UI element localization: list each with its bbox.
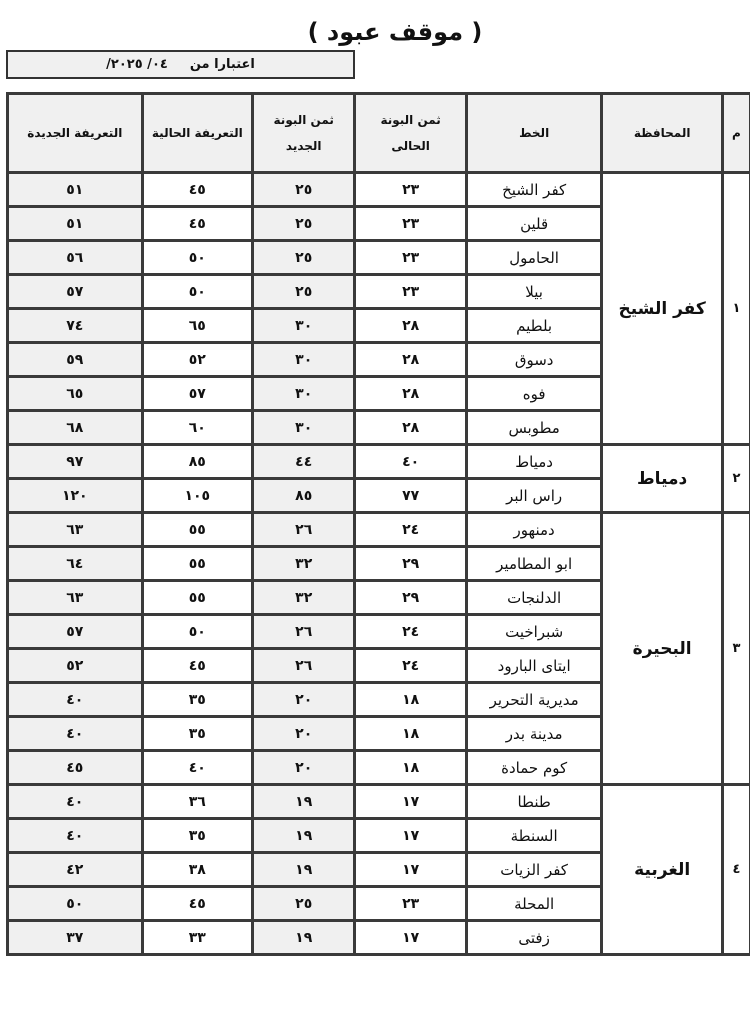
coupon-current-cell: ١٨ (355, 683, 466, 717)
header-coupon-current-line1: ثمن البونة (356, 107, 464, 133)
header-coupon-current-line2: الحالى (356, 133, 464, 159)
coupon-new-cell: ٢٠ (253, 717, 355, 751)
tariff-new-cell: ٥١ (8, 207, 143, 241)
coupon-current-cell: ١٧ (355, 785, 466, 819)
coupon-current-cell: ١٧ (355, 819, 466, 853)
governorate-cell: كفر الشيخ (602, 173, 722, 445)
page-title: ( موقف عبود ) (0, 18, 750, 46)
tariff-new-cell: ٩٧ (8, 445, 143, 479)
line-cell: الحامول (466, 241, 602, 275)
tariff-current-cell: ٤٠ (142, 751, 252, 785)
line-cell: كفر الزيات (466, 853, 602, 887)
table-row: ٣البحيرةدمنهور٢٤٢٦٥٥٦٣ (8, 513, 750, 547)
tariff-new-cell: ٥٦ (8, 241, 143, 275)
tariff-current-cell: ٤٥ (142, 207, 252, 241)
table-header-row: م المحافظة الخط ثمن البونةالحالى ثمن الب… (8, 94, 750, 173)
row-number: ٢ (722, 445, 750, 513)
tariff-current-cell: ٨٥ (142, 445, 252, 479)
header-coupon-new: ثمن البونةالجديد (253, 94, 355, 173)
line-cell: ابو المطامير (466, 547, 602, 581)
tariff-current-cell: ٣٥ (142, 717, 252, 751)
row-number: ١ (722, 173, 750, 445)
line-cell: المحلة (466, 887, 602, 921)
coupon-new-cell: ٢٠ (253, 683, 355, 717)
tariff-new-cell: ٤٠ (8, 717, 143, 751)
coupon-new-cell: ٣٢ (253, 581, 355, 615)
coupon-new-cell: ٣٠ (253, 343, 355, 377)
coupon-new-cell: ٢٥ (253, 241, 355, 275)
line-cell: دمياط (466, 445, 602, 479)
coupon-new-cell: ٢٥ (253, 207, 355, 241)
tariff-current-cell: ٣٣ (142, 921, 252, 955)
line-cell: بيلا (466, 275, 602, 309)
coupon-new-cell: ٨٥ (253, 479, 355, 513)
table-row: ٢دمياطدمياط٤٠٤٤٨٥٩٧ (8, 445, 750, 479)
tariff-new-cell: ٥١ (8, 173, 143, 207)
tariff-current-cell: ٣٥ (142, 819, 252, 853)
coupon-new-cell: ١٩ (253, 819, 355, 853)
coupon-current-cell: ٢٣ (355, 887, 466, 921)
tariff-current-cell: ٦٥ (142, 309, 252, 343)
coupon-new-cell: ٣٠ (253, 411, 355, 445)
coupon-current-cell: ٢٨ (355, 411, 466, 445)
tariff-current-cell: ٥٥ (142, 581, 252, 615)
tariff-new-cell: ٤٠ (8, 819, 143, 853)
line-cell: ايتاى البارود (466, 649, 602, 683)
coupon-current-cell: ١٨ (355, 717, 466, 751)
tariff-current-cell: ٥٥ (142, 513, 252, 547)
header-governorate: المحافظة (602, 94, 722, 173)
line-cell: السنطة (466, 819, 602, 853)
line-cell: دمنهور (466, 513, 602, 547)
coupon-current-cell: ٢٨ (355, 309, 466, 343)
coupon-new-cell: ١٩ (253, 853, 355, 887)
table-row: ١كفر الشيخكفر الشيخ٢٣٢٥٤٥٥١ (8, 173, 750, 207)
tariff-new-cell: ٦٣ (8, 513, 143, 547)
coupon-new-cell: ٢٦ (253, 513, 355, 547)
governorate-cell: الغربية (602, 785, 722, 955)
coupon-current-cell: ٢٣ (355, 241, 466, 275)
line-cell: مديرية التحرير (466, 683, 602, 717)
header-line: الخط (466, 94, 602, 173)
header-coupon-new-line1: ثمن البونة (254, 107, 353, 133)
row-number: ٣ (722, 513, 750, 785)
tariff-table: م المحافظة الخط ثمن البونةالحالى ثمن الب… (6, 92, 750, 956)
tariff-new-cell: ٦٣ (8, 581, 143, 615)
line-cell: زفتى (466, 921, 602, 955)
effective-date-label: اعتبارا من (190, 57, 255, 72)
tariff-current-cell: ٤٥ (142, 649, 252, 683)
table-body: ١كفر الشيخكفر الشيخ٢٣٢٥٤٥٥١قلين٢٣٢٥٤٥٥١ا… (8, 173, 750, 955)
coupon-new-cell: ١٩ (253, 921, 355, 955)
header-tariff-new: التعريفة الجديدة (8, 94, 143, 173)
tariff-new-cell: ٤٥ (8, 751, 143, 785)
coupon-current-cell: ٢٤ (355, 649, 466, 683)
page-title-text: ( موقف عبود ) (308, 18, 483, 46)
coupon-current-cell: ٢٨ (355, 377, 466, 411)
header-tariff-current: التعريفة الحالية (142, 94, 252, 173)
tariff-new-cell: ٥٩ (8, 343, 143, 377)
header-coupon-new-line2: الجديد (254, 133, 353, 159)
tariff-new-cell: ٣٧ (8, 921, 143, 955)
tariff-current-cell: ١٠٥ (142, 479, 252, 513)
tariff-new-cell: ٧٤ (8, 309, 143, 343)
line-cell: طنطا (466, 785, 602, 819)
line-cell: دسوق (466, 343, 602, 377)
coupon-new-cell: ٤٤ (253, 445, 355, 479)
coupon-current-cell: ٢٨ (355, 343, 466, 377)
line-cell: مدينة بدر (466, 717, 602, 751)
tariff-current-cell: ٥٥ (142, 547, 252, 581)
effective-date-value: /٠٤/ ٢٠٢٥ (106, 57, 168, 72)
tariff-new-cell: ٥٢ (8, 649, 143, 683)
tariff-current-cell: ٥٠ (142, 615, 252, 649)
tariff-new-cell: ٤٠ (8, 683, 143, 717)
coupon-current-cell: ٢٩ (355, 581, 466, 615)
tariff-current-cell: ٥٠ (142, 275, 252, 309)
tariff-current-cell: ٣٦ (142, 785, 252, 819)
coupon-new-cell: ٢٠ (253, 751, 355, 785)
coupon-new-cell: ٢٥ (253, 887, 355, 921)
header-m: م (722, 94, 750, 173)
tariff-new-cell: ٥٧ (8, 615, 143, 649)
line-cell: كفر الشيخ (466, 173, 602, 207)
coupon-current-cell: ٧٧ (355, 479, 466, 513)
coupon-new-cell: ١٩ (253, 785, 355, 819)
line-cell: مطوبس (466, 411, 602, 445)
effective-date-box: اعتبارا من /٠٤/ ٢٠٢٥ (6, 50, 355, 79)
tariff-new-cell: ١٢٠ (8, 479, 143, 513)
coupon-current-cell: ١٧ (355, 921, 466, 955)
tariff-current-cell: ٤٥ (142, 173, 252, 207)
coupon-current-cell: ٢٤ (355, 513, 466, 547)
tariff-current-cell: ٣٨ (142, 853, 252, 887)
coupon-current-cell: ٢٩ (355, 547, 466, 581)
coupon-new-cell: ٢٥ (253, 275, 355, 309)
coupon-current-cell: ٢٣ (355, 173, 466, 207)
coupon-current-cell: ٤٠ (355, 445, 466, 479)
line-cell: فوه (466, 377, 602, 411)
tariff-current-cell: ٣٥ (142, 683, 252, 717)
header-coupon-current: ثمن البونةالحالى (355, 94, 466, 173)
tariff-new-cell: ٥٧ (8, 275, 143, 309)
tariff-current-cell: ٥٢ (142, 343, 252, 377)
table-row: ٤الغربيةطنطا١٧١٩٣٦٤٠ (8, 785, 750, 819)
tariff-new-cell: ٤٠ (8, 785, 143, 819)
line-cell: قلين (466, 207, 602, 241)
coupon-new-cell: ٢٥ (253, 173, 355, 207)
line-cell: شبراخيت (466, 615, 602, 649)
tariff-current-cell: ٦٠ (142, 411, 252, 445)
coupon-new-cell: ٢٦ (253, 649, 355, 683)
row-number: ٤ (722, 785, 750, 955)
tariff-new-cell: ٦٤ (8, 547, 143, 581)
coupon-current-cell: ٢٣ (355, 275, 466, 309)
coupon-current-cell: ٢٤ (355, 615, 466, 649)
coupon-new-cell: ٣٠ (253, 309, 355, 343)
coupon-new-cell: ٢٦ (253, 615, 355, 649)
tariff-new-cell: ٦٨ (8, 411, 143, 445)
line-cell: كوم حمادة (466, 751, 602, 785)
governorate-cell: البحيرة (602, 513, 722, 785)
coupon-new-cell: ٣٠ (253, 377, 355, 411)
coupon-current-cell: ١٨ (355, 751, 466, 785)
line-cell: بلطيم (466, 309, 602, 343)
line-cell: راس البر (466, 479, 602, 513)
line-cell: الدلنجات (466, 581, 602, 615)
coupon-new-cell: ٣٢ (253, 547, 355, 581)
tariff-new-cell: ٥٠ (8, 887, 143, 921)
tariff-current-cell: ٥٠ (142, 241, 252, 275)
tariff-new-cell: ٦٥ (8, 377, 143, 411)
governorate-cell: دمياط (602, 445, 722, 513)
tariff-current-cell: ٥٧ (142, 377, 252, 411)
tariff-current-cell: ٤٥ (142, 887, 252, 921)
coupon-current-cell: ١٧ (355, 853, 466, 887)
tariff-new-cell: ٤٢ (8, 853, 143, 887)
coupon-current-cell: ٢٣ (355, 207, 466, 241)
